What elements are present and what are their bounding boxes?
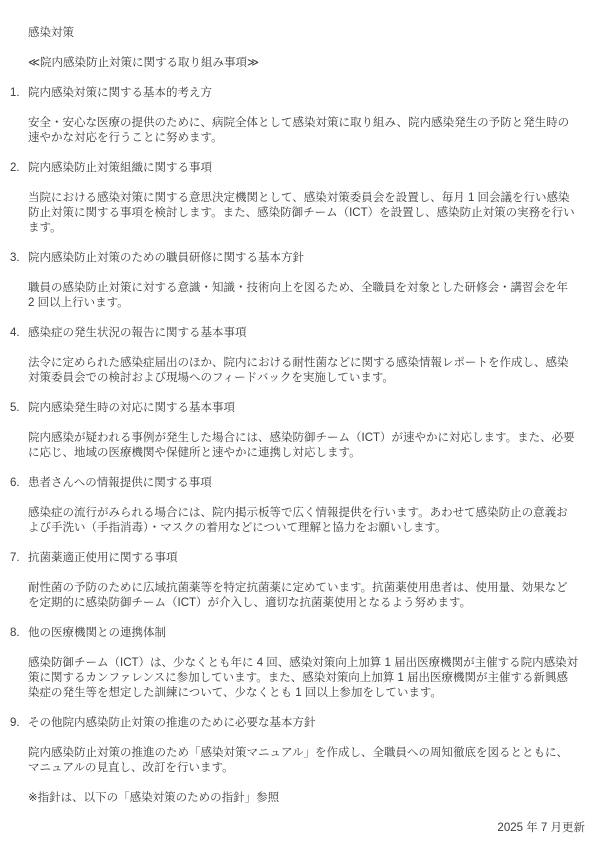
item-number: 4. [10,326,20,341]
item-heading: 院内感染発生時の対応に関する基本事項 [28,402,235,414]
item-body: 感染症の流行がみられる場合には、院内掲示板等で広く情報提供を行います。あわせて感… [28,506,585,536]
item-body: 感染防御チーム（ICT）は、少なくとも年に 4 回、感染対策向上加算 1 届出医… [28,656,585,701]
policy-item-5: 5. 院内感染発生時の対応に関する基本事項 院内感染が疑われる事例が発生した場合… [28,401,585,461]
item-number: 2. [10,161,20,176]
policy-item-3: 3. 院内感染防止対策のための職員研修に関する基本方針 職員の感染防止対策に対す… [28,251,585,311]
item-heading: その他院内感染防止対策の推進のために必要な基本方針 [28,717,316,729]
update-date: 2025 年 7 月更新 [28,821,585,836]
item-number: 8. [10,626,20,641]
item-heading: 院内感染防止対策のための職員研修に関する基本方針 [28,252,304,264]
policy-item-1: 1. 院内感染対策に関する基本的考え方 安全・安心な医療の提供のために、病院全体… [28,86,585,146]
policy-item-6: 6. 患者さんへの情報提供に関する事項 感染症の流行がみられる場合には、院内掲示… [28,476,585,536]
item-body: 院内感染が疑われる事例が発生した場合には、感染防御チーム（ICT）が速やかに対応… [28,431,585,461]
policy-item-9: 9. その他院内感染防止対策の推進のために必要な基本方針 院内感染防止対策の推進… [28,716,585,776]
item-heading: 抗菌薬適正使用に関する事項 [28,552,178,564]
policy-item-8: 8. 他の医療機関との連携体制 感染防御チーム（ICT）は、少なくとも年に 4 … [28,626,585,701]
policy-item-7: 7. 抗菌薬適正使用に関する事項 耐性菌の予防のために広域抗菌薬等を特定抗菌薬に… [28,551,585,611]
item-heading: 院内感染防止対策組織に関する事項 [28,162,212,174]
item-heading: 他の医療機関との連携体制 [28,627,166,639]
doc-subtitle: ≪院内感染防止対策に関する取り組み事項≫ [28,56,585,71]
item-number: 5. [10,401,20,416]
item-number: 3. [10,251,20,266]
policy-item-4: 4. 感染症の発生状況の報告に関する基本事項 法令に定められた感染症届出のほか、… [28,326,585,386]
item-heading: 院内感染対策に関する基本的考え方 [28,87,212,99]
item-number: 6. [10,476,20,491]
item-body: 安全・安心な医療の提供のために、病院全体として感染対策に取り組み、院内感染発生の… [28,116,585,146]
policy-item-2: 2. 院内感染防止対策組織に関する事項 当院における感染対策に関する意思決定機関… [28,161,585,236]
page-title: 感染対策 [28,26,585,41]
item-body: 法令に定められた感染症届出のほか、院内における耐性菌などに関する感染情報レポート… [28,356,585,386]
item-number: 1. [10,86,20,101]
item-body: 職員の感染防止対策に対する意識・知識・技術向上を図るため、全職員を対象とした研修… [28,281,585,311]
item-number: 9. [10,716,20,731]
document-page: 感染対策 ≪院内感染防止対策に関する取り組み事項≫ 1. 院内感染対策に関する基… [0,0,600,852]
item-body: 耐性菌の予防のために広域抗菌薬等を特定抗菌薬に定めています。抗菌薬使用患者は、使… [28,581,585,611]
reference-note: ※指針は、以下の「感染対策のための指針」参照 [28,791,585,806]
item-number: 7. [10,551,20,566]
item-heading: 感染症の発生状況の報告に関する基本事項 [28,327,247,339]
item-body: 当院における感染対策に関する意思決定機関として、感染対策委員会を設置し、毎月 1… [28,191,585,236]
item-body: 院内感染防止対策の推進のため「感染対策マニュアル」を作成し、全職員への周知徹底を… [28,746,585,776]
item-heading: 患者さんへの情報提供に関する事項 [28,477,212,489]
